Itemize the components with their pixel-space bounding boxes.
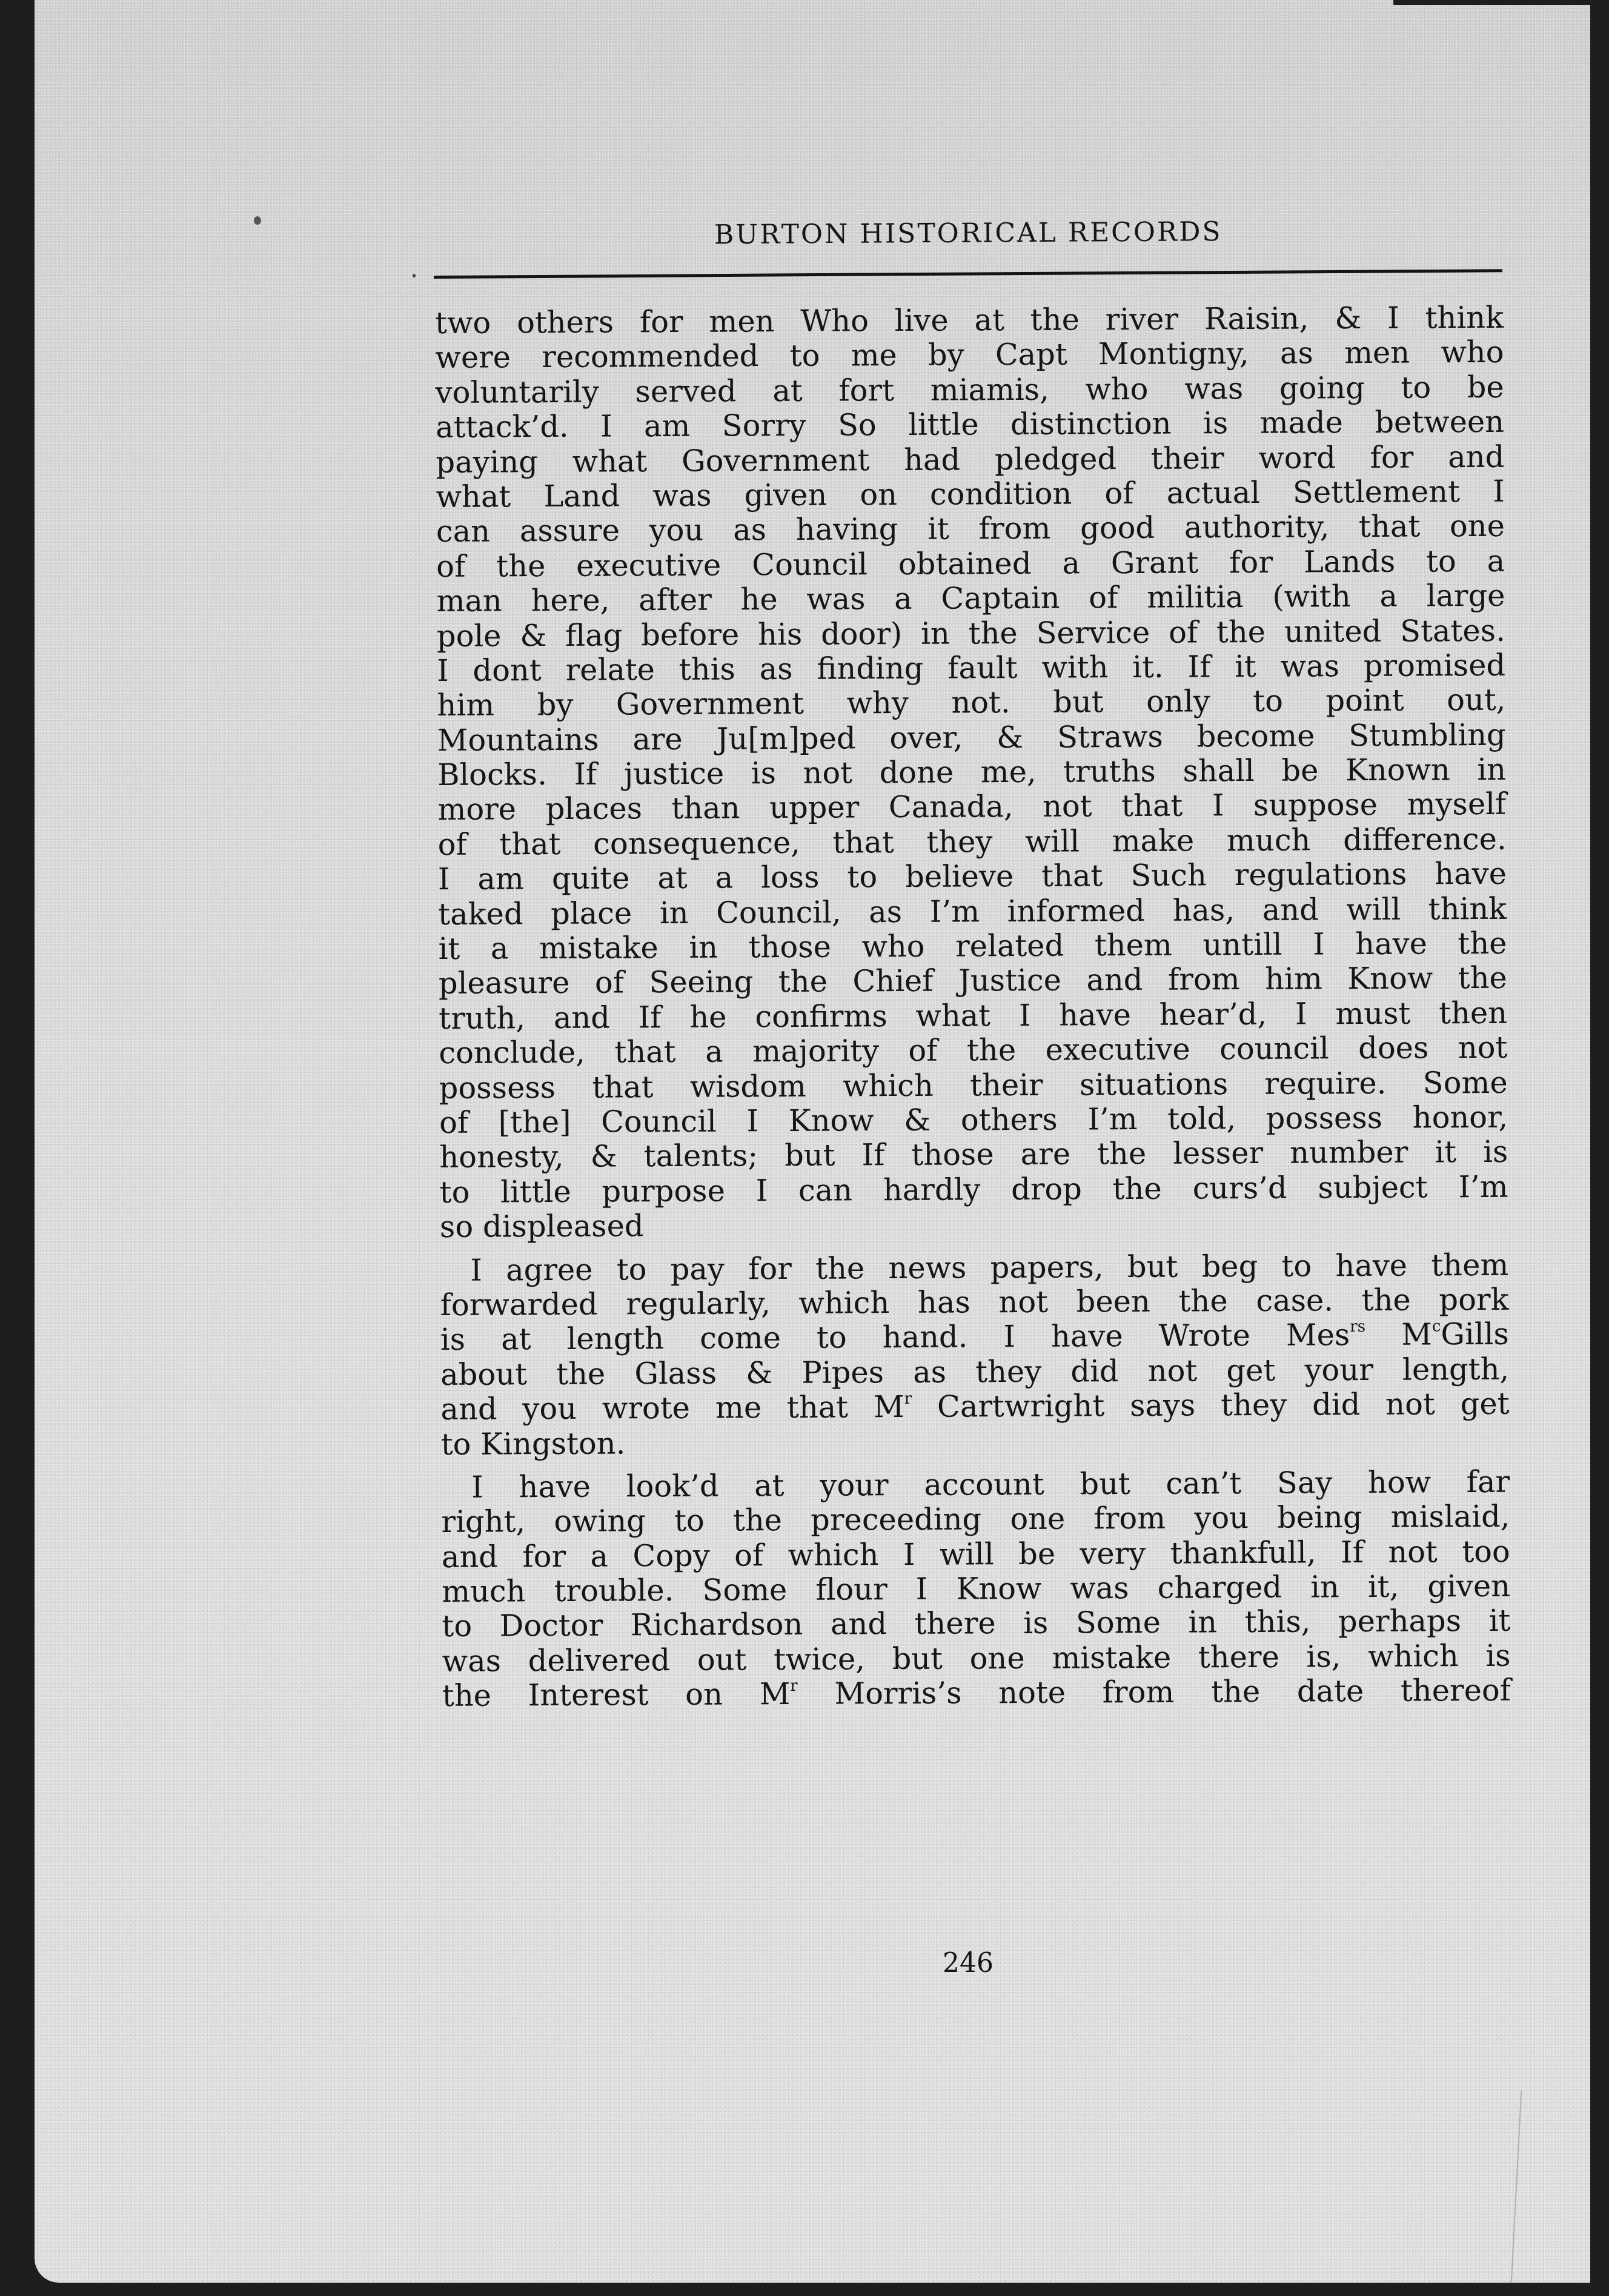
superscript: rs [1350, 1318, 1365, 1336]
text-line: of the executive Council obtained a Gran… [436, 543, 1505, 584]
text-line: of that consequence, that they will make… [438, 822, 1507, 863]
text-line: I am quite at a loss to believe that Suc… [438, 857, 1507, 897]
text-line: it a mistake in those who related them u… [438, 926, 1507, 967]
text-line: were recommended to me by Capt Montigny,… [435, 335, 1504, 376]
body-text: two others for men Who live at the river… [435, 300, 1511, 1714]
text-line: and for a Copy of which I will be very t… [442, 1534, 1510, 1574]
text-line: right, owing to the preceeding one from … [441, 1499, 1510, 1540]
text-line: honesty, & talents; but If those are the… [439, 1135, 1508, 1175]
text-line: what Land was given on condition of actu… [436, 474, 1505, 515]
text-line: man here, after he was a Captain of mili… [436, 579, 1505, 619]
text-line: so displeased [440, 1204, 1508, 1245]
superscript: c [1432, 1318, 1441, 1336]
text-line: can assure you as having it from good au… [436, 509, 1505, 549]
ink-speck [413, 274, 416, 277]
page-number: 246 [434, 1948, 1502, 1979]
text-line: attack’d. I am Sorry So little distincti… [436, 405, 1504, 445]
text-line: and you wrote me that Mr Cartwright says… [440, 1387, 1509, 1427]
text-line: taked place in Council, as I’m informed … [438, 891, 1507, 932]
text-line: him by Government why not. but only to p… [437, 683, 1505, 723]
text-line: to little purpose I can hardly drop the … [440, 1170, 1508, 1210]
text-line: to Kingston. [441, 1421, 1510, 1462]
text-line: much trouble. Some flour I Know was char… [442, 1569, 1510, 1610]
text-line: possess that wisdom which their situatio… [439, 1065, 1508, 1106]
text-line: two others for men Who live at the river… [435, 300, 1504, 341]
text-line: to Doctor Richardson and there is Some i… [442, 1604, 1510, 1644]
text-line: I have look’d at your account but can’t … [441, 1465, 1510, 1505]
text-line: paying what Government had pledged their… [436, 439, 1504, 480]
text-line: Mountains are Ju[m]ped over, & Straws be… [437, 717, 1506, 758]
superscript: r [904, 1390, 912, 1408]
text-line: Blocks. If justice is not done me, truth… [437, 752, 1506, 793]
paragraph: I agree to pay for the news papers, but … [440, 1247, 1510, 1462]
text-line: more places than upper Canada, not that … [437, 787, 1506, 828]
text-line: about the Glass & Pipes as they did not … [440, 1352, 1509, 1392]
text-line: the Interest on Mr Morris’s note from th… [442, 1673, 1511, 1714]
paper-crease [1511, 2090, 1522, 2284]
text-line: of [the] Council I Know & others I’m tol… [439, 1100, 1508, 1141]
ink-speck [254, 216, 261, 225]
text-line: conclude, that a majority of the executi… [439, 1030, 1507, 1071]
text-line: truth, and If he confirms what I have he… [439, 996, 1507, 1037]
text-line: is at length come to hand. I have Wrote … [440, 1317, 1509, 1358]
paragraph: two others for men Who live at the river… [435, 300, 1508, 1245]
text-line: pole & flag before his door) in the Serv… [437, 613, 1505, 654]
text-line: I dont relate this as finding fault with… [437, 648, 1505, 689]
text-line: I agree to pay for the news papers, but … [440, 1247, 1508, 1288]
scan-edge [1393, 0, 1609, 5]
paragraph: I have look’d at your account but can’t … [441, 1465, 1511, 1714]
text-line: was delivered out twice, but one mistake… [442, 1639, 1511, 1679]
running-head: BURTON HISTORICAL RECORDS [434, 214, 1502, 252]
superscript: r [790, 1677, 798, 1695]
text-line: forwarded regularly, which has not been … [440, 1282, 1508, 1323]
text-line: voluntarily served at fort miamis, who w… [436, 370, 1504, 411]
text-line: pleasure of Seeing the Chief Justice and… [439, 961, 1507, 1001]
